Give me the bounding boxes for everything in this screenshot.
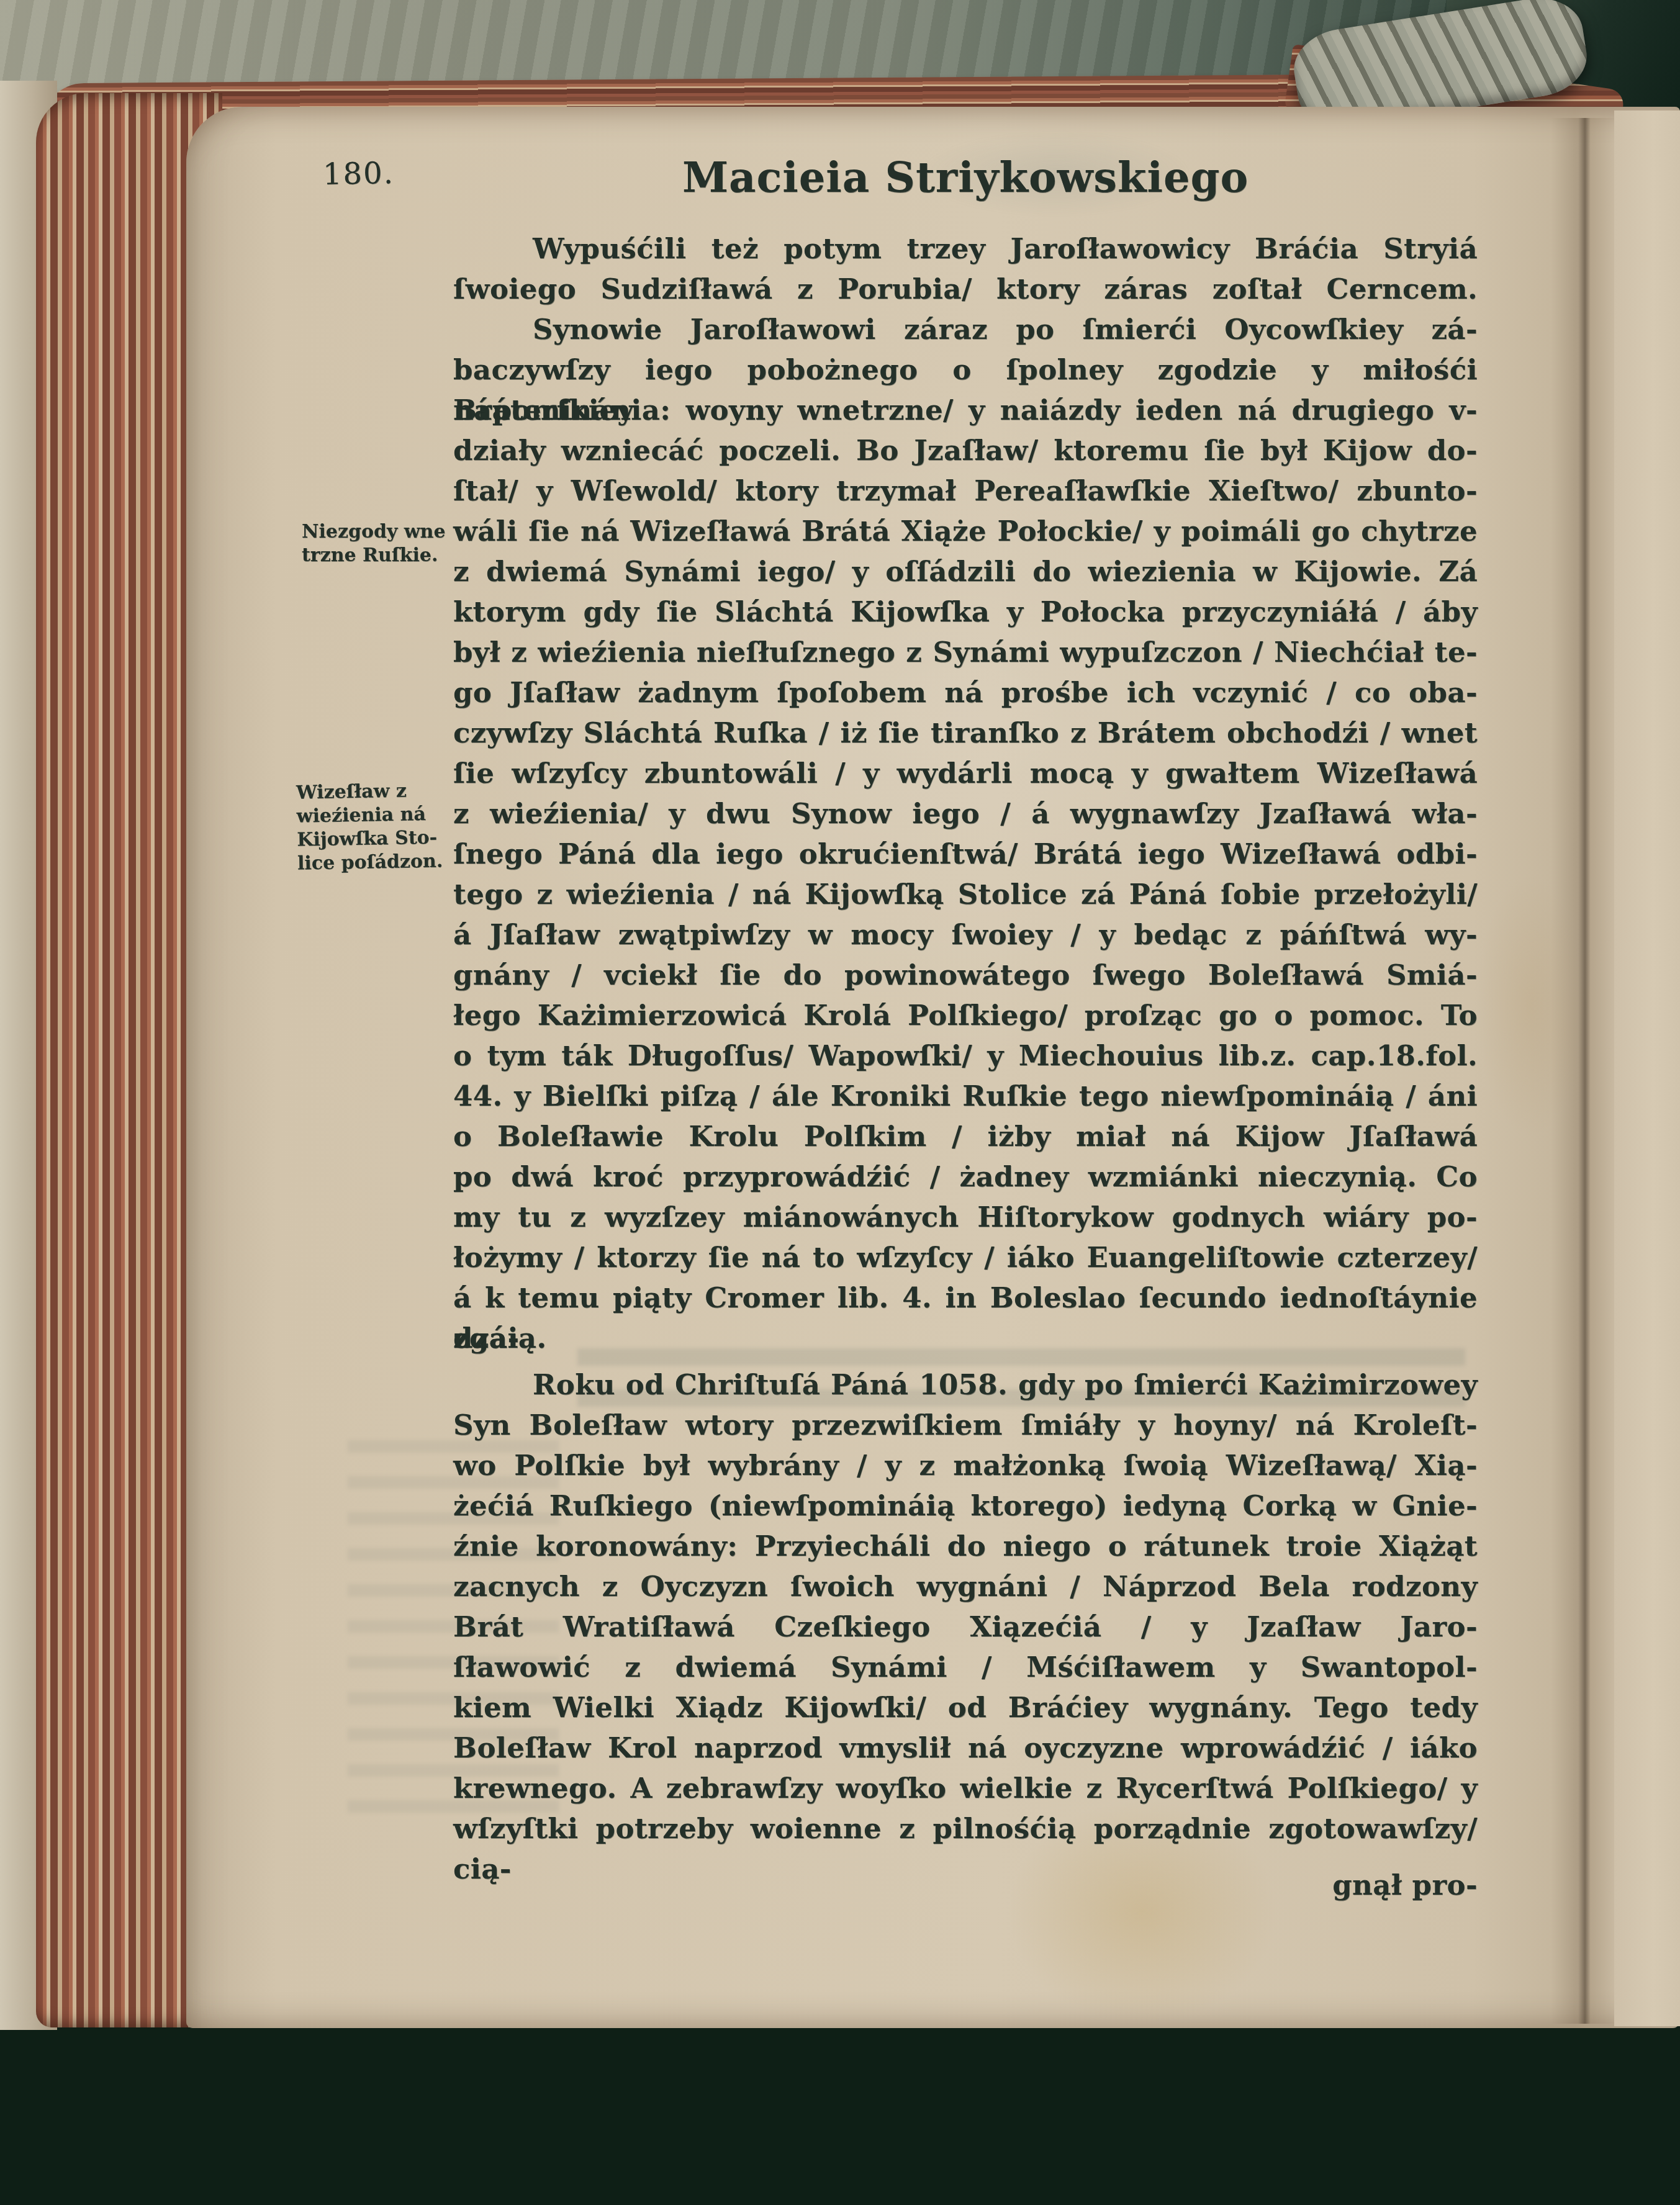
margin-note-line: lice poſádzon.: [297, 849, 484, 875]
text-line: zacnych z Oyczyzn ſwoich wygnáni / Náprz…: [453, 1566, 1478, 1607]
text-line: ſtał/ y Wſewold/ ktory trzymał Pereaſław…: [453, 471, 1478, 511]
text-line: po dwá kroć przyprowádźić / żadney wzmiá…: [453, 1157, 1478, 1197]
text-line: wáli ſie ná Wizeſławá Brátá Xiąże Połock…: [453, 511, 1478, 551]
text-line: z dwiemá Synámi iego/ y oſſádzili do wie…: [453, 551, 1478, 592]
text-line: nápominánia: woyny wnetrzne/ y naiázdy i…: [453, 390, 1478, 430]
text-line: wo Polſkie był wybrány / y z małżonką ſw…: [453, 1445, 1478, 1486]
text-line: Boleſław Krol naprzod vmyslił ná oyczyzn…: [453, 1728, 1478, 1768]
text-line: á Jſaſław zwątpiwſzy w mocy ſwoiey / y b…: [453, 914, 1478, 955]
margin-note-line: Niezgody wne: [302, 520, 488, 544]
text-line: o Boleſławie Krolu Polſkim / iżby miał n…: [453, 1116, 1478, 1157]
text-line: ſie wſzyſcy zbuntowáli / y wydárli mocą …: [453, 753, 1478, 793]
text-line: Syn Boleſław wtory przezwiſkiem ſmiáły y…: [453, 1405, 1478, 1445]
text-line: kiem Wielki Xiądz Kijowſki/ od Bráćiey w…: [453, 1687, 1478, 1728]
text-line: my tu z wyzſzey miánowánych Hiſtorykow g…: [453, 1197, 1478, 1237]
text-line: baczywſzy iego pobożnego o ſpolney zgodz…: [453, 349, 1478, 390]
text-line: działy wzniecáć poczeli. Bo Jzaſław/ kto…: [453, 430, 1478, 471]
text-line: á k temu piąty Cromer lib. 4. in Bolesla…: [453, 1278, 1478, 1318]
text-line: ſławowić z dwiemá Synámi / Mśćiſławem y …: [453, 1647, 1478, 1687]
margin-note-line: wieźienia ná: [296, 801, 483, 828]
running-header: Macieia Striykowskiego: [453, 153, 1478, 202]
text-line: o tym ták Długoſſus/ Wapowſki/ y Miechou…: [453, 1035, 1478, 1076]
text-line: żećiá Ruſkiego (niewſpomináią ktorego) i…: [453, 1486, 1478, 1526]
margin-note-line: trzne Ruſkie.: [302, 544, 488, 567]
text-line: dzáią.: [453, 1318, 1478, 1358]
text-line: go Jſaſław żadnym ſpoſobem ná prośbe ich…: [453, 672, 1478, 713]
text-line: był z wieźienia nieſłuſznego z Synámi wy…: [453, 632, 1478, 672]
text-line: czywſzy Sláchtá Ruſka / iż ſie tiranſko …: [453, 713, 1478, 753]
text-line: ſnego Páná dla iego okrućienſtwá/ Brátá …: [453, 834, 1478, 874]
text-line: z wieźienia/ y dwu Synow iego / á wygnaw…: [453, 793, 1478, 834]
text-line: Synowie Jaroſławowi záraz po ſmierći Oyc…: [453, 309, 1478, 349]
text-line: tego z wieźienia / ná Kijowſką Stolice z…: [453, 874, 1478, 914]
margin-note: Niezgody wnetrzne Ruſkie.: [302, 520, 488, 567]
text-line: gnány / vciekł ſie do powinowátego ſwego…: [453, 955, 1478, 995]
margin-note: Wizeſław zwieźienia náKijowſka Sto-lice …: [296, 778, 484, 875]
text-block: Wypuśćili też potym trzey Jaroſławowicy …: [453, 228, 1478, 1905]
book-photo-scene: { "page": { "number": "180.", "header": …: [0, 0, 1680, 2205]
text-line: 44. y Bielſki piſzą / ále Kroniki Ruſkie…: [453, 1076, 1478, 1116]
text-line: źnie koronowány: Przyiecháli do niego o …: [453, 1526, 1478, 1566]
margin-note-line: Kijowſka Sto-: [297, 825, 484, 852]
margin-note-line: Wizeſław z: [296, 778, 483, 805]
catchword: gnął pro-: [453, 1865, 1478, 1905]
text-line: łożymy / ktorzy ſie ná to wſzyſcy / iáko…: [453, 1237, 1478, 1278]
text-line: Roku od Chriſtuſá Páná 1058. gdy po ſmie…: [453, 1364, 1478, 1405]
text-line: Wypuśćili też potym trzey Jaroſławowicy …: [453, 228, 1478, 269]
text-line: krewnego. A zebrawſzy woyſko wielkie z R…: [453, 1768, 1478, 1808]
gutter-crease: [1551, 118, 1619, 2024]
text-line: ktorym gdy ſie Sláchtá Kijowſka y Połock…: [453, 592, 1478, 632]
facing-page-sliver: [1614, 110, 1680, 2026]
text-line: łego Każimierzowicá Krolá Polſkiego/ pro…: [453, 995, 1478, 1035]
text-line: wſzyſtki potrzeby woienne z pilnośćią po…: [453, 1808, 1478, 1849]
text-line: ſwoiego Sudziſławá z Porubia/ ktory zára…: [453, 269, 1478, 309]
page-number: 180.: [323, 156, 395, 192]
text-line: Brát Wratiſławá Czeſkiego Xiązećiá / y J…: [453, 1607, 1478, 1647]
